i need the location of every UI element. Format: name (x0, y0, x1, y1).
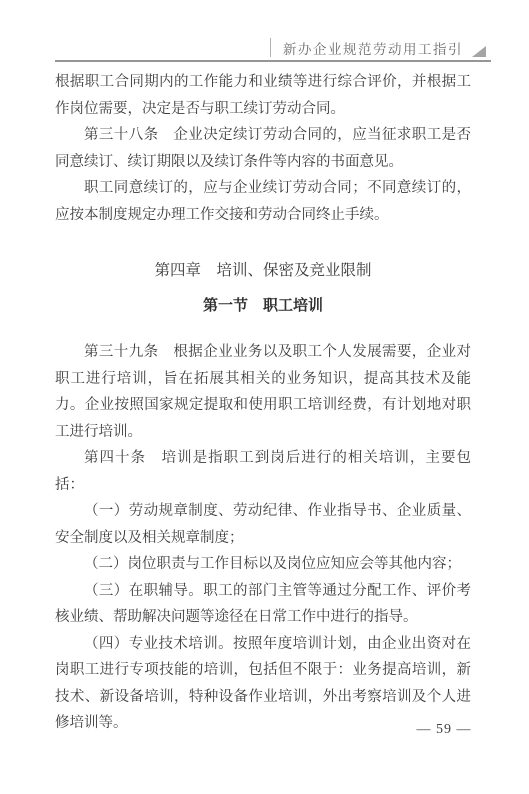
list-item-4: （四）专业技术培训。按照年度培训计划，由企业出资对在岗职工进行专项技能的培训，包… (55, 631, 471, 737)
page-header: 新办企业规范劳动用工指引 (55, 38, 491, 62)
document-body: 根据职工合同期内的工作能力和业绩等进行综合评价，并根据工作岗位需要，决定是否与职… (55, 69, 471, 737)
header-title: 新办企业规范劳动用工指引 (283, 38, 463, 58)
list-item-3: （三）在职辅导。职工的部门主管等通过分配工作、评价考核业绩、帮助解决问题等途径在… (55, 578, 471, 631)
chapter-heading: 第四章 培训、保密及竞业限制 (55, 258, 471, 285)
paragraph-article-39: 第三十九条 根据企业业务以及职工个人发展需要，企业对职工进行培训，旨在拓展其相关… (55, 339, 471, 445)
paragraph-continuation: 根据职工合同期内的工作能力和业绩等进行综合评价，并根据工作岗位需要，决定是否与职… (55, 69, 471, 122)
list-item-1: （一）劳动规章制度、劳动纪律、作业指导书、企业质量、安全制度以及相关规章制度； (55, 498, 471, 551)
section-heading: 第一节 职工培训 (55, 293, 471, 320)
paragraph-renewal-consent: 职工同意续订的，应与企业续订劳动合同；不同意续订的，应按本制度规定办理工作交接和… (55, 175, 471, 228)
list-item-2: （二）岗位职责与工作目标以及岗位应知应会等其他内容； (55, 551, 471, 578)
paragraph-article-40: 第四十条 培训是指职工到岗后进行的相关培训，主要包括： (55, 445, 471, 498)
header-title-wrap: 新办企业规范劳动用工指引 (270, 38, 463, 57)
document-page: 新办企业规范劳动用工指引 根据职工合同期内的工作能力和业绩等进行综合评价，并根据… (0, 0, 529, 794)
corner-triangle-icon (472, 46, 486, 57)
page-number: — 59 — (408, 722, 480, 738)
paragraph-article-38: 第三十八条 企业决定续订劳动合同的，应当征求职工是否同意续订、续订期限以及续订条… (55, 122, 471, 175)
